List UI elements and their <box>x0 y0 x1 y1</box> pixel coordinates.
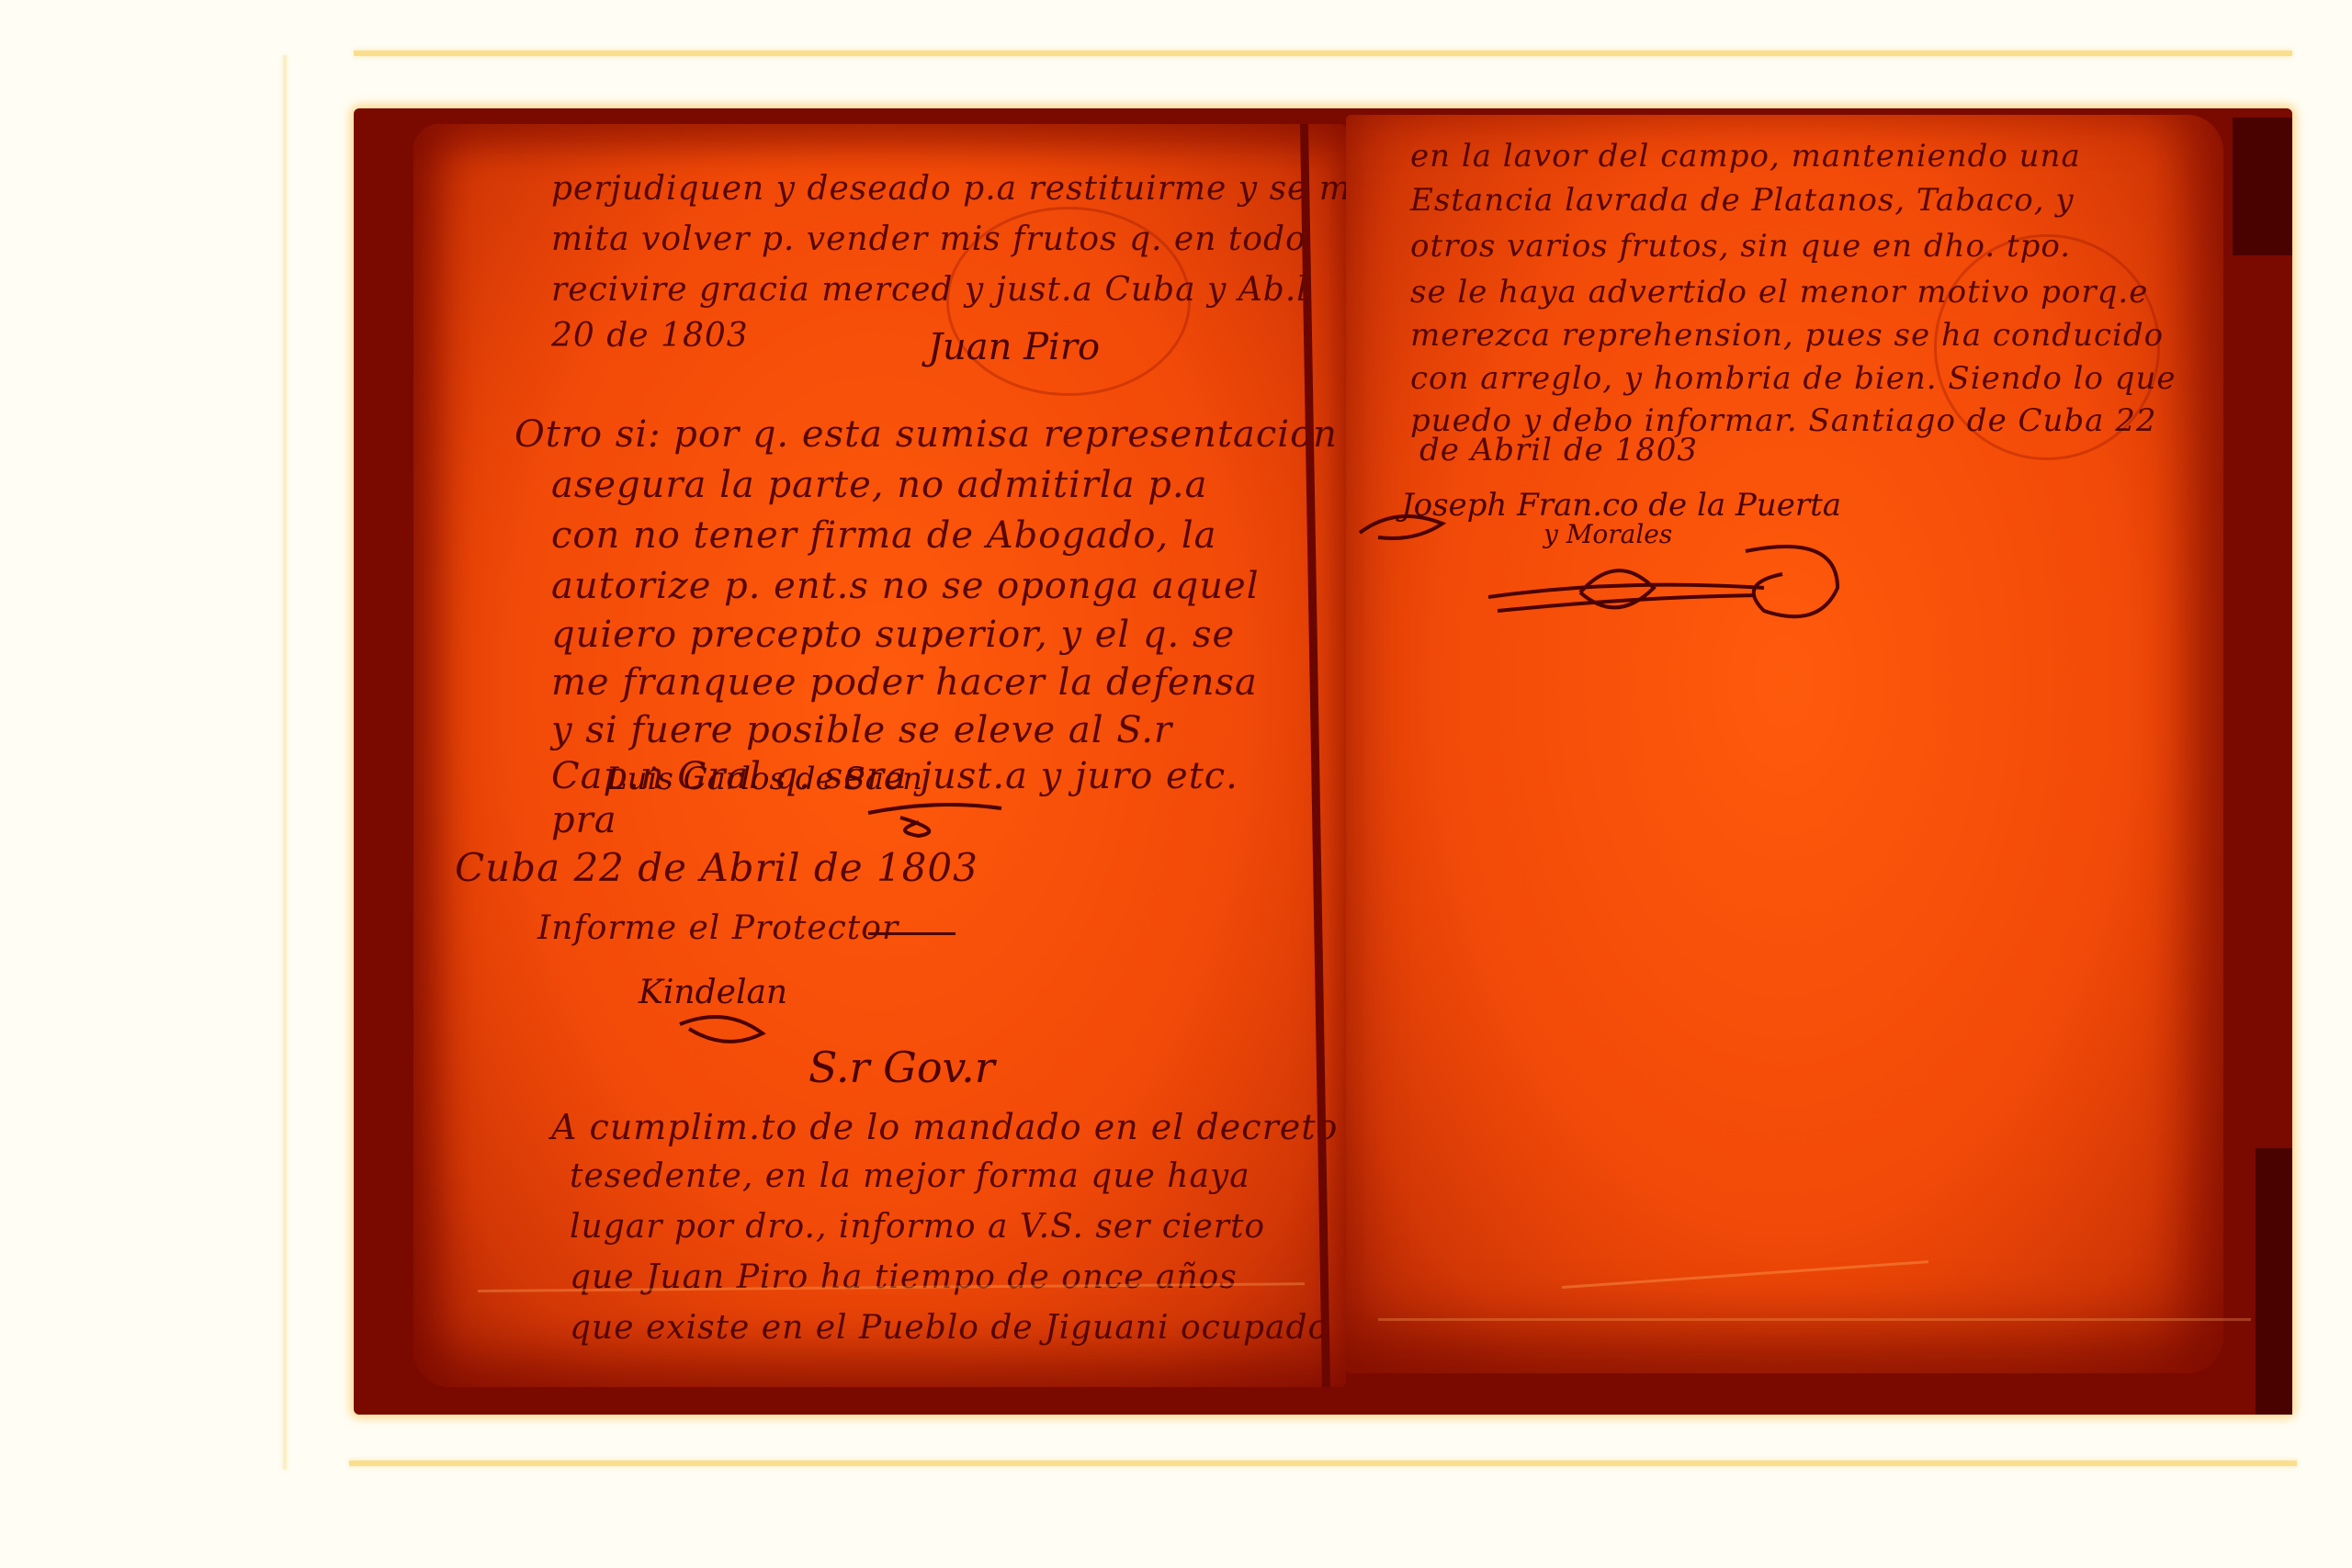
petition-line: perjudiquen y deseado p.a restituirme y … <box>551 170 1454 208</box>
report-line: A cumplim.to de lo mandado en el decreto… <box>551 1107 1408 1147</box>
mount-line-bottom <box>349 1461 2297 1466</box>
otrosi-line: con no tener firma de Abogado, la <box>551 514 1217 557</box>
decree-text: Informe el Protector <box>537 909 899 947</box>
petition-signature: Juan Piro <box>928 326 1100 368</box>
petition-line: recivire gracia merced y just.a Cuba y A… <box>551 271 1308 309</box>
otrosi-line: y si fuere posible se eleve al S.r <box>551 709 1172 751</box>
report-line: que existe en el Pueblo de Jiguani ocupa… <box>570 1309 1329 1347</box>
frame-corner-top-right <box>2233 118 2292 255</box>
frame-corner-bottom-right <box>2256 1148 2292 1415</box>
otrosi-line: autorize p. ent.s no se oponga aquel <box>551 565 1260 607</box>
report-line: otros varios frutos, sin que en dho. tpo… <box>1410 228 2071 265</box>
petition-line: 20 de 1803 <box>551 317 749 355</box>
signature-rubric <box>1341 496 1893 634</box>
film-scratch <box>1378 1318 2251 1321</box>
mount-line-left <box>283 55 287 1470</box>
mount-line-top <box>354 51 2292 56</box>
decree-flourish <box>671 1006 781 1052</box>
decree-rule <box>868 932 955 935</box>
report-line: tesedente, en la mejor forma que haya <box>570 1157 1250 1195</box>
petition-line: mita volver p. vender mis frutos q. en t… <box>551 220 1306 258</box>
report-line: en la lavor del campo, manteniendo una <box>1410 138 2081 175</box>
otrosi-line: Otro si: por q. esta sumisa representaci… <box>514 413 1338 456</box>
otrosi-line: quiero precepto superior, y el q. se <box>551 614 1235 656</box>
decree-title: S.r Gov.r <box>808 1043 995 1092</box>
otrosi-signature: Luis Carlos de Saen <box>606 761 922 797</box>
decree-date: Cuba 22 de Abril de 1803 <box>455 845 978 890</box>
signature-flourish <box>864 795 1011 840</box>
report-line: de Abril de 1803 <box>1419 432 1698 468</box>
report-line: lugar por dro., informo a V.S. ser ciert… <box>570 1208 1265 1246</box>
report-line: se le haya advertido el menor motivo por… <box>1410 274 2148 310</box>
otrosi-line: pra <box>551 799 617 841</box>
otrosi-line: me franquee poder hacer la defensa <box>551 661 1258 704</box>
report-line: merezca reprehension, pues se ha conduci… <box>1410 317 2164 354</box>
otrosi-line: asegura la parte, no admitirla p.a <box>551 464 1207 506</box>
report-line: con arreglo, y hombria de bien. Siendo l… <box>1410 360 2177 397</box>
report-line: Estancia lavrada de Platanos, Tabaco, y <box>1410 182 2075 219</box>
